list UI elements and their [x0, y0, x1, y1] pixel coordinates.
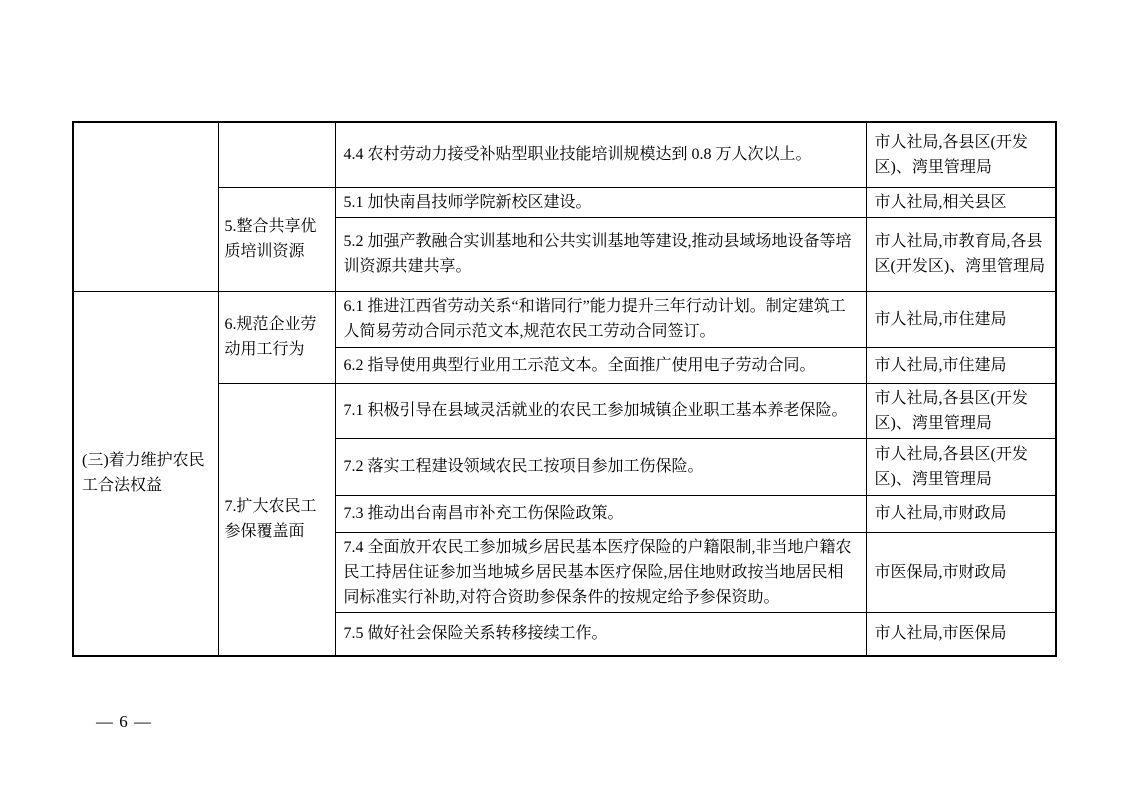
- department-cell-7-4: 市医保局,市财政局: [866, 532, 1056, 612]
- document-page: 4.4 农村劳动力接受补贴型职业技能培训规模达到 0.8 万人次以上。 市人社局…: [0, 0, 1122, 793]
- table-row: (三)着力维护农民工合法权益 6.规范企业劳动用工行为 6.1 推进江西省劳动关…: [73, 291, 1056, 347]
- task-cell-7-1: 7.1 积极引导在县域灵活就业的农民工参加城镇企业职工基本养老保险。: [335, 383, 866, 438]
- department-cell-6-2: 市人社局,市住建局: [866, 347, 1056, 383]
- department-cell-6-1: 市人社局,市住建局: [866, 291, 1056, 347]
- measure-cell-continued: [218, 122, 335, 187]
- table-row: 7.扩大农民工参保覆盖面 7.1 积极引导在县域灵活就业的农民工参加城镇企业职工…: [73, 383, 1056, 438]
- department-cell-7-5: 市人社局,市医保局: [866, 612, 1056, 656]
- table-row: 5.整合共享优质培训资源 5.1 加快南昌技师学院新校区建设。 市人社局,相关县…: [73, 187, 1056, 217]
- task-assignment-table: 4.4 农村劳动力接受补贴型职业技能培训规模达到 0.8 万人次以上。 市人社局…: [72, 121, 1057, 657]
- task-cell-7-4: 7.4 全面放开农民工参加城乡居民基本医疗保险的户籍限制,非当地户籍农民工持居住…: [335, 532, 866, 612]
- task-cell-5-2: 5.2 加强产教融合实训基地和公共实训基地等建设,推动县域场地设备等培训资源共建…: [335, 217, 866, 291]
- department-cell-5-2: 市人社局,市教育局,各县区(开发区)、湾里管理局: [866, 217, 1056, 291]
- table-row: 4.4 农村劳动力接受补贴型职业技能培训规模达到 0.8 万人次以上。 市人社局…: [73, 122, 1056, 187]
- task-cell-7-2: 7.2 落实工程建设领域农民工按项目参加工伤保险。: [335, 438, 866, 495]
- category-cell-continued: [73, 122, 218, 291]
- task-cell-6-1: 6.1 推进江西省劳动关系“和谐同行”能力提升三年行动计划。制定建筑工人简易劳动…: [335, 291, 866, 347]
- department-cell-4-4: 市人社局,各县区(开发区)、湾里管理局: [866, 122, 1056, 187]
- measure-cell-group5: 5.整合共享优质培训资源: [218, 187, 335, 291]
- page-number: — 6 —: [96, 712, 152, 732]
- task-cell-4-4: 4.4 农村劳动力接受补贴型职业技能培训规模达到 0.8 万人次以上。: [335, 122, 866, 187]
- task-cell-6-2: 6.2 指导使用典型行业用工示范文本。全面推广使用电子劳动合同。: [335, 347, 866, 383]
- category-cell-section3: (三)着力维护农民工合法权益: [73, 291, 218, 656]
- task-cell-5-1: 5.1 加快南昌技师学院新校区建设。: [335, 187, 866, 217]
- department-cell-7-2: 市人社局,各县区(开发区)、湾里管理局: [866, 438, 1056, 495]
- task-cell-7-3: 7.3 推动出台南昌市补充工伤保险政策。: [335, 495, 866, 532]
- measure-cell-group7: 7.扩大农民工参保覆盖面: [218, 383, 335, 656]
- measure-cell-group6: 6.规范企业劳动用工行为: [218, 291, 335, 383]
- department-cell-7-3: 市人社局,市财政局: [866, 495, 1056, 532]
- department-cell-5-1: 市人社局,相关县区: [866, 187, 1056, 217]
- task-cell-7-5: 7.5 做好社会保险关系转移接续工作。: [335, 612, 866, 656]
- department-cell-7-1: 市人社局,各县区(开发区)、湾里管理局: [866, 383, 1056, 438]
